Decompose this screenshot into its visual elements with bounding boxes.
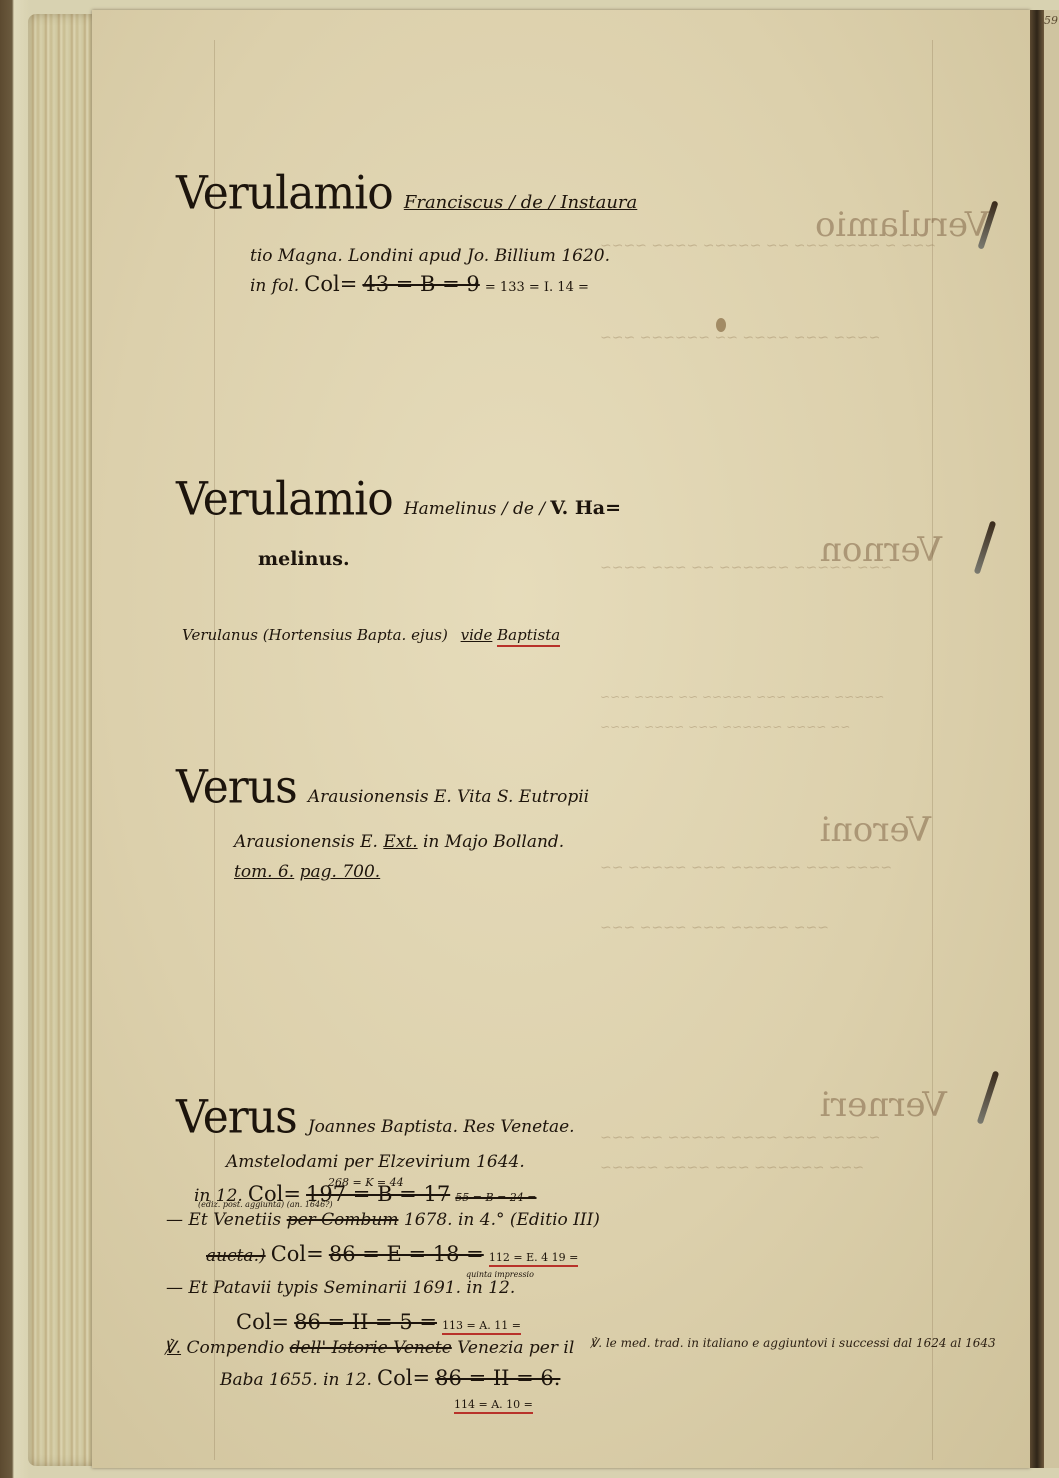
entry-text: Arausionensis E. Ext. in Majo Bolland. [234,832,564,852]
page-stack-edge [28,14,98,1466]
bleed-through-line: ~~~ ~~~~~ ~~~~~~ ~~ ~~~ ~~~~ [600,560,892,576]
facing-page-edge [1044,10,1059,1468]
cross-reference-text: Verulanus (Hortensius Bapta. ejus) [182,626,448,644]
bleed-through-line: ~~~ ~~~~~ ~~~ ~~~~ ~~~ [600,920,829,936]
edition-patavii: — Et Patavii typis Seminarii 1691. in 12… [166,1278,515,1298]
bleed-through-headword: Veroni [820,810,931,850]
bleed-through-line: ~~~~ ~~~ ~~~~ ~~ ~~~~~~ ~~~ [600,330,880,346]
headword: Verus [176,1091,297,1145]
cross-reference-continued: melinus. [258,548,350,570]
shelfmark-struck: 43 = B = 9 [362,272,479,296]
shelfmark-line: Baba 1655. in 12. Col= 86 = II = 6. [220,1366,560,1390]
shelfmark-line: in fol. Col= 43 = B = 9 = 133 = I. 14 = [250,272,589,296]
bleed-through-line: ~~~ ~ ~~~~ ~~~ ~~ ~~~~~ ~~~~ ~~~~ [600,238,936,254]
binding-gutter [1030,10,1044,1468]
shelfmark-line: aucta.) Col= 86 = E = 18 = 112 = E. 4 19… [206,1242,578,1266]
headword: Verus [176,761,297,815]
bleed-through-line: ~~~~~ ~~~~ ~~~ ~~~~~ ~~ ~~~~ ~~~ [600,690,884,704]
entry-text: Amstelodami per Elzevirium 1644. [226,1152,525,1172]
ink-blot [716,318,726,332]
shelfmark-label: Col= [304,272,357,296]
entry-text: tio Magna. Londini apud Jo. Billium 1620… [250,246,610,266]
shelfmark-current: 114 = A. 10 = [454,1398,533,1414]
shelfmark-current: = 133 = I. 14 = [485,280,589,295]
bleed-through-line: ~~~ ~~~~~~ ~~~ ~~~~ ~~~~~ [600,1160,864,1176]
edition-venetiis: — Et Venetiis per Combum 1678. in 4.° (E… [166,1210,600,1230]
entry-text: tom. 6. pag. 700. [234,862,380,882]
entry-text: Franciscus / de / Instaura [404,192,637,213]
marginal-small-note: (ediz. post. aggiunta) (an. 1646?) [198,1200,333,1209]
bleed-through-headword: Verneri [820,1085,947,1125]
see-label: vide [461,626,493,644]
folio-number: 59 [1044,14,1058,27]
entry-text: Joannes Baptista. Res Venetae. [308,1117,575,1137]
headword: Verulamio [176,473,393,527]
shelfmark-line: Col= 86 = II = 5 = 113 = A. 11 = [236,1310,521,1334]
cross-reference-target[interactable]: Baptista [497,626,560,647]
entry-text: Arausionensis E. Vita S. Eutropii [308,787,589,807]
bleed-through-line: ~~~~ ~~~ ~~~~~~ ~~~ ~~~~~ ~~ [600,860,892,876]
entry-text: Hamelinus / de / [404,499,545,519]
edition-compendio: ℣. Compendio dell' Istorie Venete Venezi… [164,1338,574,1358]
headword: Verulamio [176,167,393,221]
margin-note: ℣. le med. trad. in italiano e aggiuntov… [590,1336,996,1350]
bleed-through-line: ~~~~~ ~~~ ~~~~ ~~~~~ ~~ ~~~ [600,1130,880,1146]
cross-reference: V. Ha= [550,497,621,519]
bleed-through-line: ~~ ~~~~ ~~~~~~ ~~~ ~~~~ ~~~~ [600,720,850,734]
